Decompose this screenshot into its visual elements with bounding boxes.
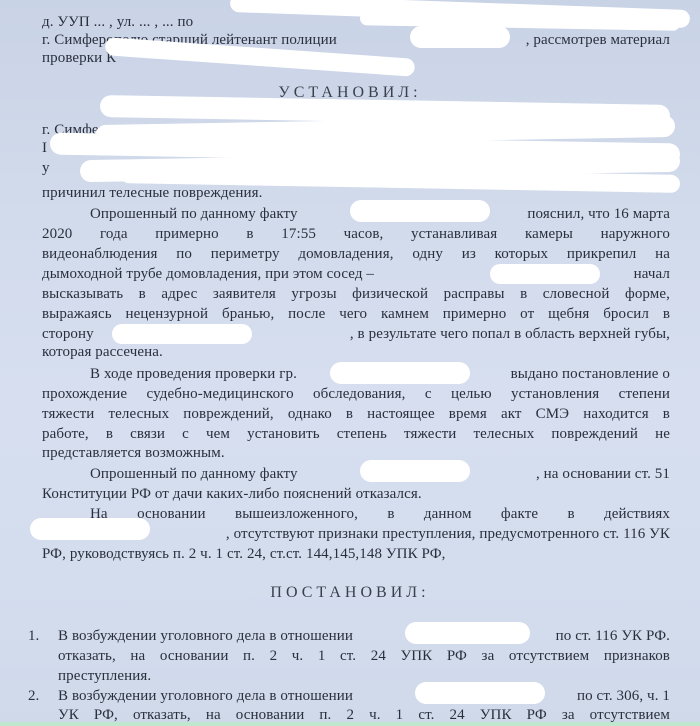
redaction-mark (350, 200, 490, 222)
redaction-mark (415, 682, 545, 704)
p3-line-2: Конституции РФ от дачи каких-либо поясне… (42, 484, 670, 504)
p2-line-4: работе, в связи с чем установить степень… (42, 424, 670, 444)
redaction-mark (410, 26, 510, 48)
p1-line-4-start: дымоходной трубе домовладения, при этом … (42, 266, 374, 282)
p1-line-6: выражаясь нецензурной бранью, после чего… (42, 304, 670, 324)
redaction-mark (112, 324, 252, 344)
item-1-line-2: отказать, на основании п. 2 ч. 1 ст. 24 … (58, 646, 670, 666)
p1-line-7-end: , в результате чего попал в область верх… (350, 324, 670, 344)
p1-line-5: высказывать в адрес заявителя угрозы физ… (42, 284, 670, 304)
redaction-mark (360, 460, 470, 482)
redaction-mark (405, 622, 530, 644)
p4-line-3: РФ, руководствуясь п. 2 ч. 1 ст. 24, ст.… (42, 544, 670, 564)
p3-line-1-start: Опрошенный по данному факту (90, 466, 298, 482)
p1-line-1-start: Опрошенный по данному факту (90, 206, 298, 222)
p1-line-1-end: пояснил, что 16 марта (527, 204, 670, 224)
p1-line-7-start: сторону (42, 326, 94, 342)
bottom-edge (0, 722, 700, 726)
redaction-mark (330, 362, 470, 384)
item-1-line-1-end: по ст. 116 УК РФ. (556, 626, 670, 646)
p2-line-3: тяжести телесных повреждений, однако в н… (42, 404, 670, 424)
item-2-line-1: В возбуждении уголовного дела в отношени… (58, 686, 670, 706)
item-1-number: 1. (28, 626, 39, 646)
p2-line-2: прохождение судебно-медицинского обследо… (42, 384, 670, 404)
item-1-line-3: преступления. (58, 666, 670, 686)
p1-line-2: 2020 года примерно в 17:55 часов, устана… (42, 224, 670, 244)
item-1-line-1: В возбуждении уголовного дела в отношени… (58, 626, 670, 646)
heading-resolved: ПОСТАНОВИЛ: (0, 584, 700, 602)
item-2-line-1-end: по ст. 306, ч. 1 (577, 686, 670, 706)
p2-line-1-end: выдано постановление о (511, 364, 670, 384)
p2-line-5: представляется возможным. (42, 443, 670, 463)
p3-line-1: Опрошенный по данному факту , на основан… (42, 464, 670, 484)
p3-line-1-end: , на основании ст. 51 (536, 464, 670, 484)
item-2-line-1-start: В возбуждении уголовного дела в отношени… (58, 688, 353, 704)
p4-line-2-end: , отсутствуют признаки преступления, пре… (226, 524, 670, 544)
p1-line-8: которая рассечена. (42, 342, 670, 362)
p2-line-1-start: В ходе проведения проверки гр. (90, 366, 297, 382)
item-1-line-1-start: В возбуждении уголовного дела в отношени… (58, 628, 353, 644)
document-page: д. УУП ... , ул. ... , ... по г. Симферо… (0, 0, 700, 726)
p1-line-4-end: начал (634, 264, 670, 284)
item-2-number: 2. (28, 686, 39, 706)
p1-line-3: видеонаблюдения по периметру домовладени… (42, 244, 670, 264)
redaction-mark (30, 518, 150, 540)
header-line-2-end: , рассмотрев материал (526, 30, 670, 50)
redaction-mark (490, 264, 600, 284)
